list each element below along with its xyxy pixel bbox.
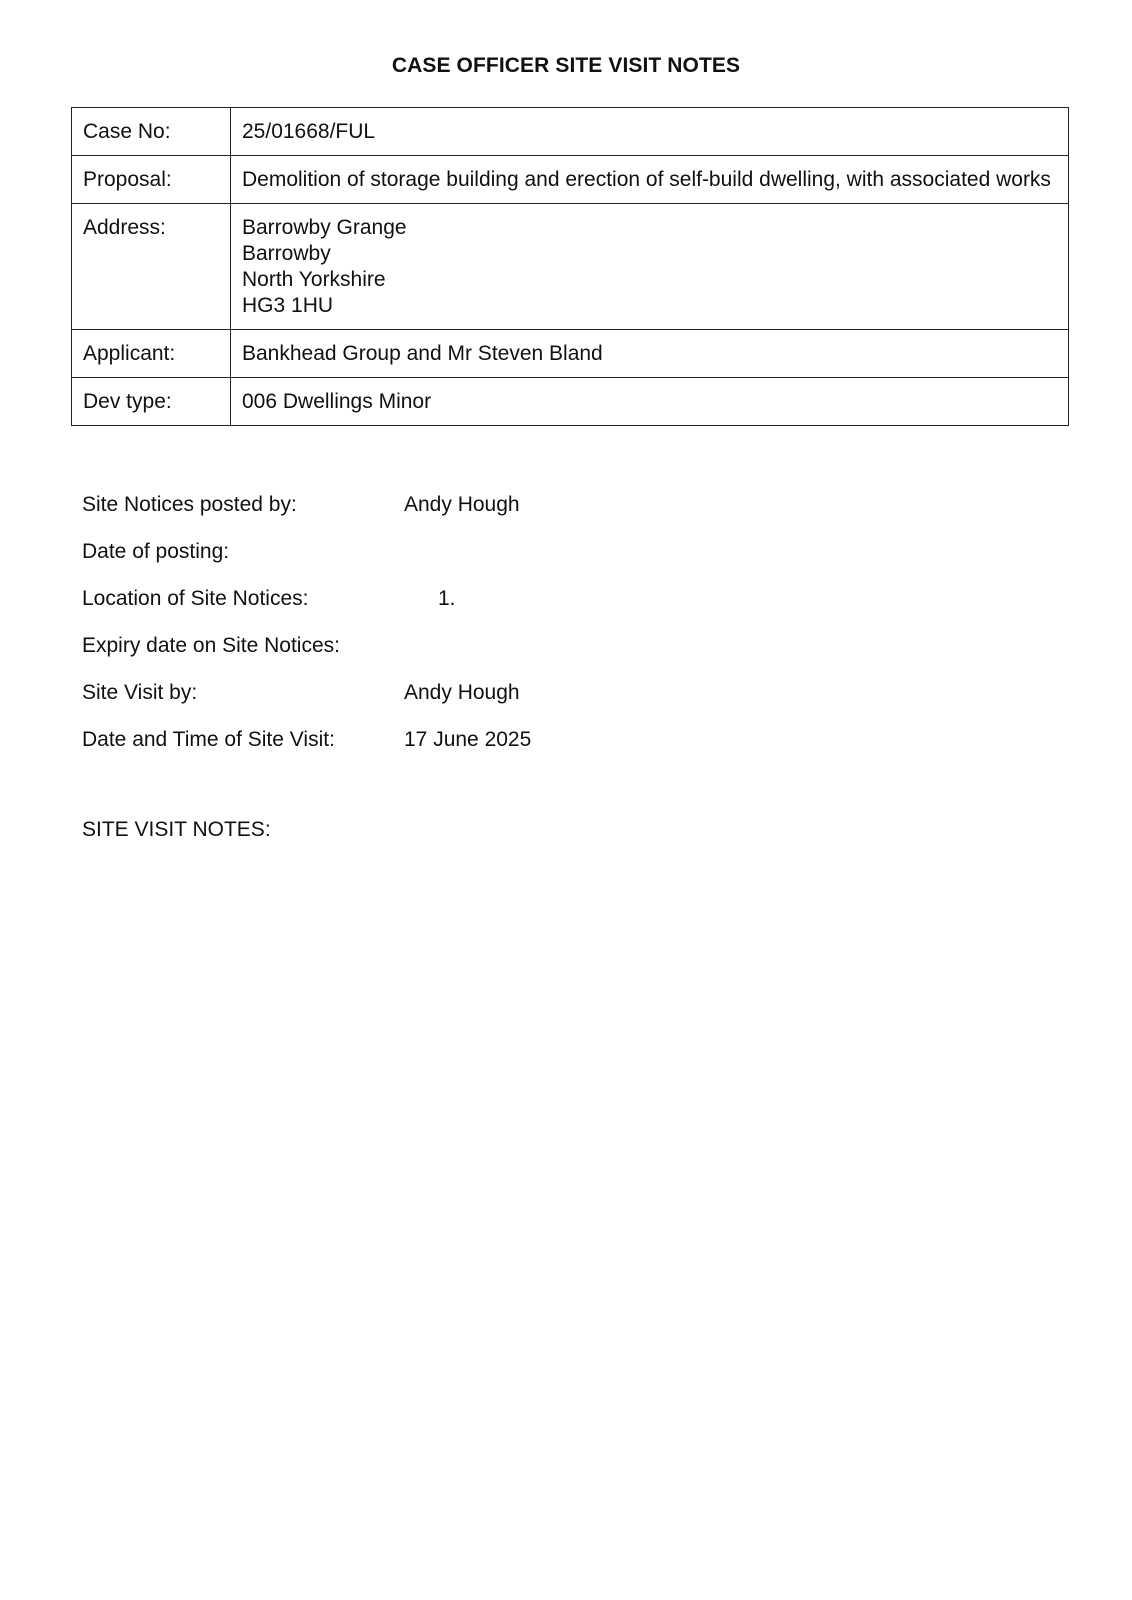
- field-label: Site Notices posted by:: [82, 492, 297, 518]
- table-row-case-no: Case No: 25/01668/FUL: [72, 108, 1069, 156]
- proposal-value: Demolition of storage building and erect…: [231, 156, 1069, 204]
- field-label: Date of posting:: [82, 539, 229, 565]
- applicant-label: Applicant:: [72, 330, 231, 378]
- case-no-value: 25/01668/FUL: [231, 108, 1069, 156]
- address-line: Barrowby: [242, 241, 1058, 267]
- case-details-table: Case No: 25/01668/FUL Proposal: Demoliti…: [71, 107, 1069, 426]
- field-value: 1.: [438, 586, 456, 612]
- field-value: 17 June 2025: [404, 727, 531, 753]
- table-row-dev-type: Dev type: 006 Dwellings Minor: [72, 378, 1069, 426]
- address-line: Barrowby Grange: [242, 215, 1058, 241]
- table-row-applicant: Applicant: Bankhead Group and Mr Steven …: [72, 330, 1069, 378]
- address-line: North Yorkshire: [242, 267, 1058, 293]
- table-row-address: Address: Barrowby Grange Barrowby North …: [72, 204, 1069, 330]
- dev-type-value: 006 Dwellings Minor: [231, 378, 1069, 426]
- applicant-value: Bankhead Group and Mr Steven Bland: [231, 330, 1069, 378]
- dev-type-label: Dev type:: [72, 378, 231, 426]
- table-row-proposal: Proposal: Demolition of storage building…: [72, 156, 1069, 204]
- field-label: Site Visit by:: [82, 680, 197, 706]
- site-visit-notes-heading: SITE VISIT NOTES:: [82, 818, 271, 842]
- field-label: Date and Time of Site Visit:: [82, 727, 335, 753]
- field-value: Andy Hough: [404, 492, 520, 518]
- address-line: HG3 1HU: [242, 293, 1058, 319]
- proposal-label: Proposal:: [72, 156, 231, 204]
- field-value: Andy Hough: [404, 680, 520, 706]
- address-value: Barrowby Grange Barrowby North Yorkshire…: [231, 204, 1069, 330]
- address-label: Address:: [72, 204, 231, 330]
- field-label: Expiry date on Site Notices:: [82, 633, 340, 659]
- document-title: CASE OFFICER SITE VISIT NOTES: [0, 54, 1132, 78]
- field-label: Location of Site Notices:: [82, 586, 308, 612]
- case-no-label: Case No:: [72, 108, 231, 156]
